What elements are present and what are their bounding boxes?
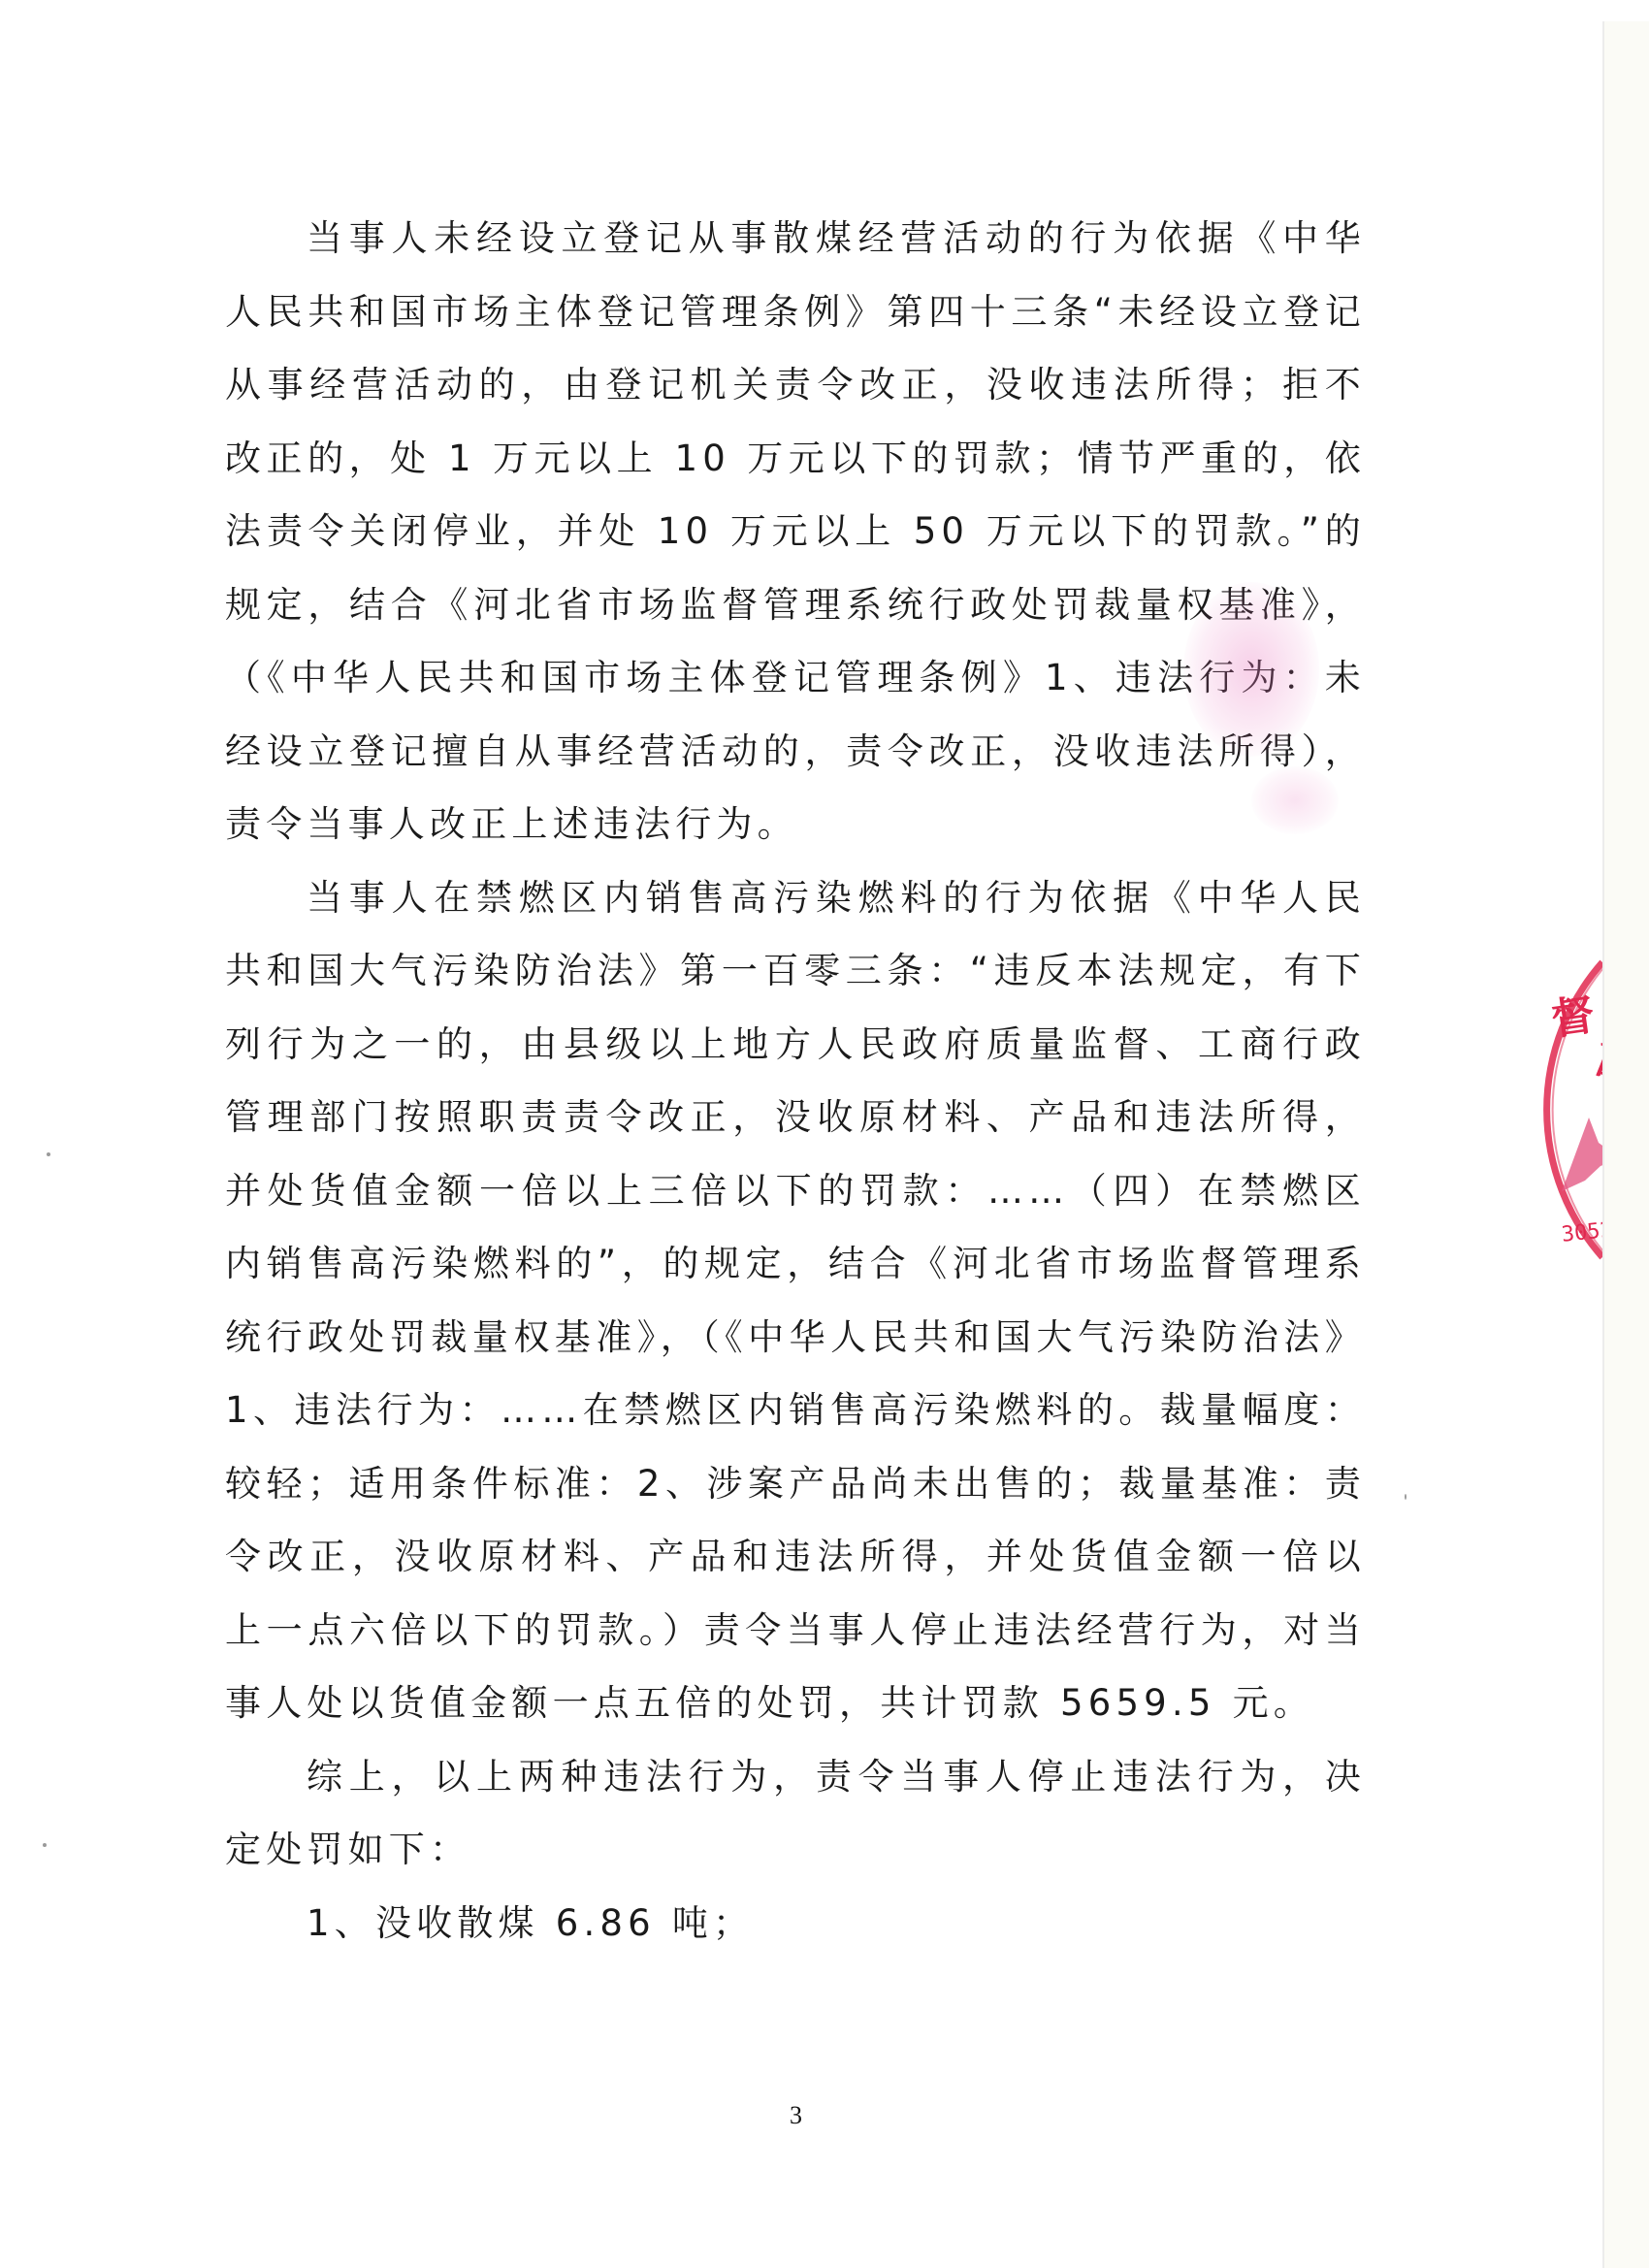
scan-speck	[47, 1152, 50, 1156]
scan-edge-strip	[1602, 21, 1649, 2268]
document-page: 当事人未经设立登记从事散煤经营活动的行为依据《中华人民共和国市场主体登记管理条例…	[0, 0, 1602, 2268]
paragraph-high-pollution-fuel: 当事人在禁燃区内销售高污染燃料的行为依据《中华人民共和国大气污染防治法》第一百零…	[225, 861, 1366, 1740]
document-body: 当事人未经设立登记从事散煤经营活动的行为依据《中华人民共和国市场主体登记管理条例…	[225, 202, 1366, 1960]
ink-smudge	[1183, 582, 1319, 757]
paragraph-unregistered-business: 当事人未经设立登记从事散煤经营活动的行为依据《中华人民共和国市场主体登记管理条例…	[225, 202, 1366, 861]
ink-smudge	[1251, 766, 1339, 834]
paragraph-summary: 综上，以上两种违法行为，责令当事人停止违法行为，决定处罚如下：	[225, 1740, 1366, 1887]
svg-text:督: 督	[1548, 990, 1598, 1046]
scan-speck	[1405, 1494, 1406, 1500]
page-number: 3	[790, 2101, 802, 2130]
penalty-item-1: 1、没收散煤 6.86 吨；	[225, 1887, 1366, 1960]
scan-speck	[43, 1843, 47, 1847]
